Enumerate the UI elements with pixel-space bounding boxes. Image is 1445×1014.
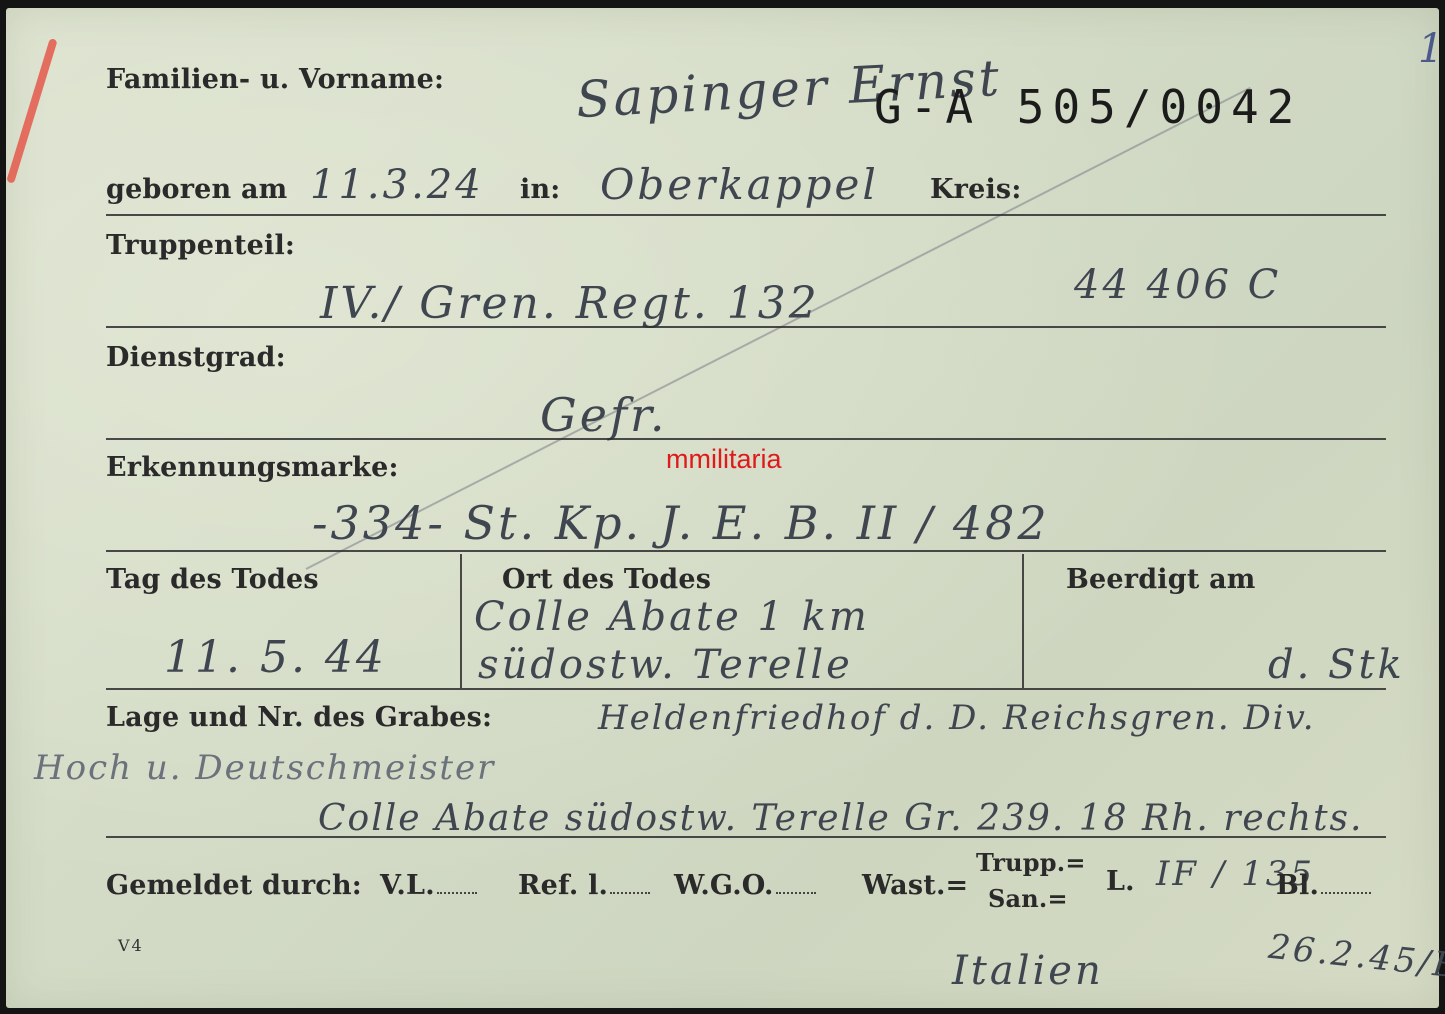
record-card: Familien- u. Vorname: Sapinger Ernst G-A… xyxy=(6,8,1439,1008)
grave-label: Lage und Nr. des Grabes: xyxy=(106,702,492,733)
form-code: V4 xyxy=(118,936,144,955)
birth-date-value: 11.3.24 xyxy=(310,162,484,208)
death-place-line2: südostw. Terelle xyxy=(478,642,853,688)
watermark: mmilitaria xyxy=(666,444,782,475)
birth-date-label: geboren am xyxy=(106,174,287,205)
san-label: San.= xyxy=(988,884,1068,913)
grave-value-line3: Colle Abate südostw. Terelle Gr. 239. 18… xyxy=(318,798,1363,839)
grave-value-line1: Heldenfriedhof d. D. Reichsgren. Div. xyxy=(598,698,1316,738)
buried-value: d. Stk xyxy=(1268,642,1405,688)
death-date-value: 11. 5. 44 xyxy=(164,632,387,683)
district-label: Kreis: xyxy=(930,174,1022,205)
unit-value: IV./ Gren. Regt. 132 xyxy=(320,278,820,329)
birth-place-value: Oberkappel xyxy=(600,160,879,209)
trupp-label: Trupp.= xyxy=(976,848,1086,877)
death-place-line1: Colle Abate 1 km xyxy=(474,594,870,640)
reported-by-option-vl: V.L. xyxy=(380,870,477,901)
divider xyxy=(106,438,1386,440)
column-divider xyxy=(460,554,462,688)
rank-value: Gefr. xyxy=(540,388,668,442)
reported-by-label: Gemeldet durch: xyxy=(106,870,362,901)
feldpost-number: 44 406 C xyxy=(1074,262,1281,308)
id-tag-value: -334- St. Kp. J. E. B. II / 482 xyxy=(312,496,1050,550)
buried-label: Beerdigt am xyxy=(1066,564,1256,595)
grave-value-line2: Hoch u. Deutschmeister xyxy=(34,748,495,788)
divider xyxy=(106,550,1386,552)
bl-label: Bl. xyxy=(1276,870,1371,901)
birth-place-label: in: xyxy=(520,174,560,205)
l-label: L. xyxy=(1106,866,1135,897)
divider xyxy=(106,836,1386,838)
red-pencil-mark xyxy=(6,38,58,184)
death-place-label: Ort des Todes xyxy=(502,564,711,595)
country-annotation: Italien xyxy=(952,948,1104,994)
date-code-annotation: 26.2.45/Ba xyxy=(1267,927,1445,989)
id-tag-label: Erkennungsmarke: xyxy=(106,452,399,483)
divider xyxy=(106,326,1386,328)
death-date-label: Tag des Todes xyxy=(106,564,319,595)
unit-label: Truppenteil: xyxy=(106,230,295,261)
typed-reference: G-A 505/0042 xyxy=(874,80,1302,134)
reported-by-option-wgo: W.G.O. xyxy=(674,870,816,901)
name-label: Familien- u. Vorname: xyxy=(106,64,444,95)
divider xyxy=(106,688,1386,690)
corner-mark: 1 xyxy=(1418,26,1445,72)
divider xyxy=(106,214,1386,216)
column-divider xyxy=(1022,554,1024,688)
reported-by-option-ref: Ref. l. xyxy=(518,870,650,901)
reported-by-option-wast: Wast.= xyxy=(862,870,968,901)
rank-label: Dienstgrad: xyxy=(106,342,286,373)
